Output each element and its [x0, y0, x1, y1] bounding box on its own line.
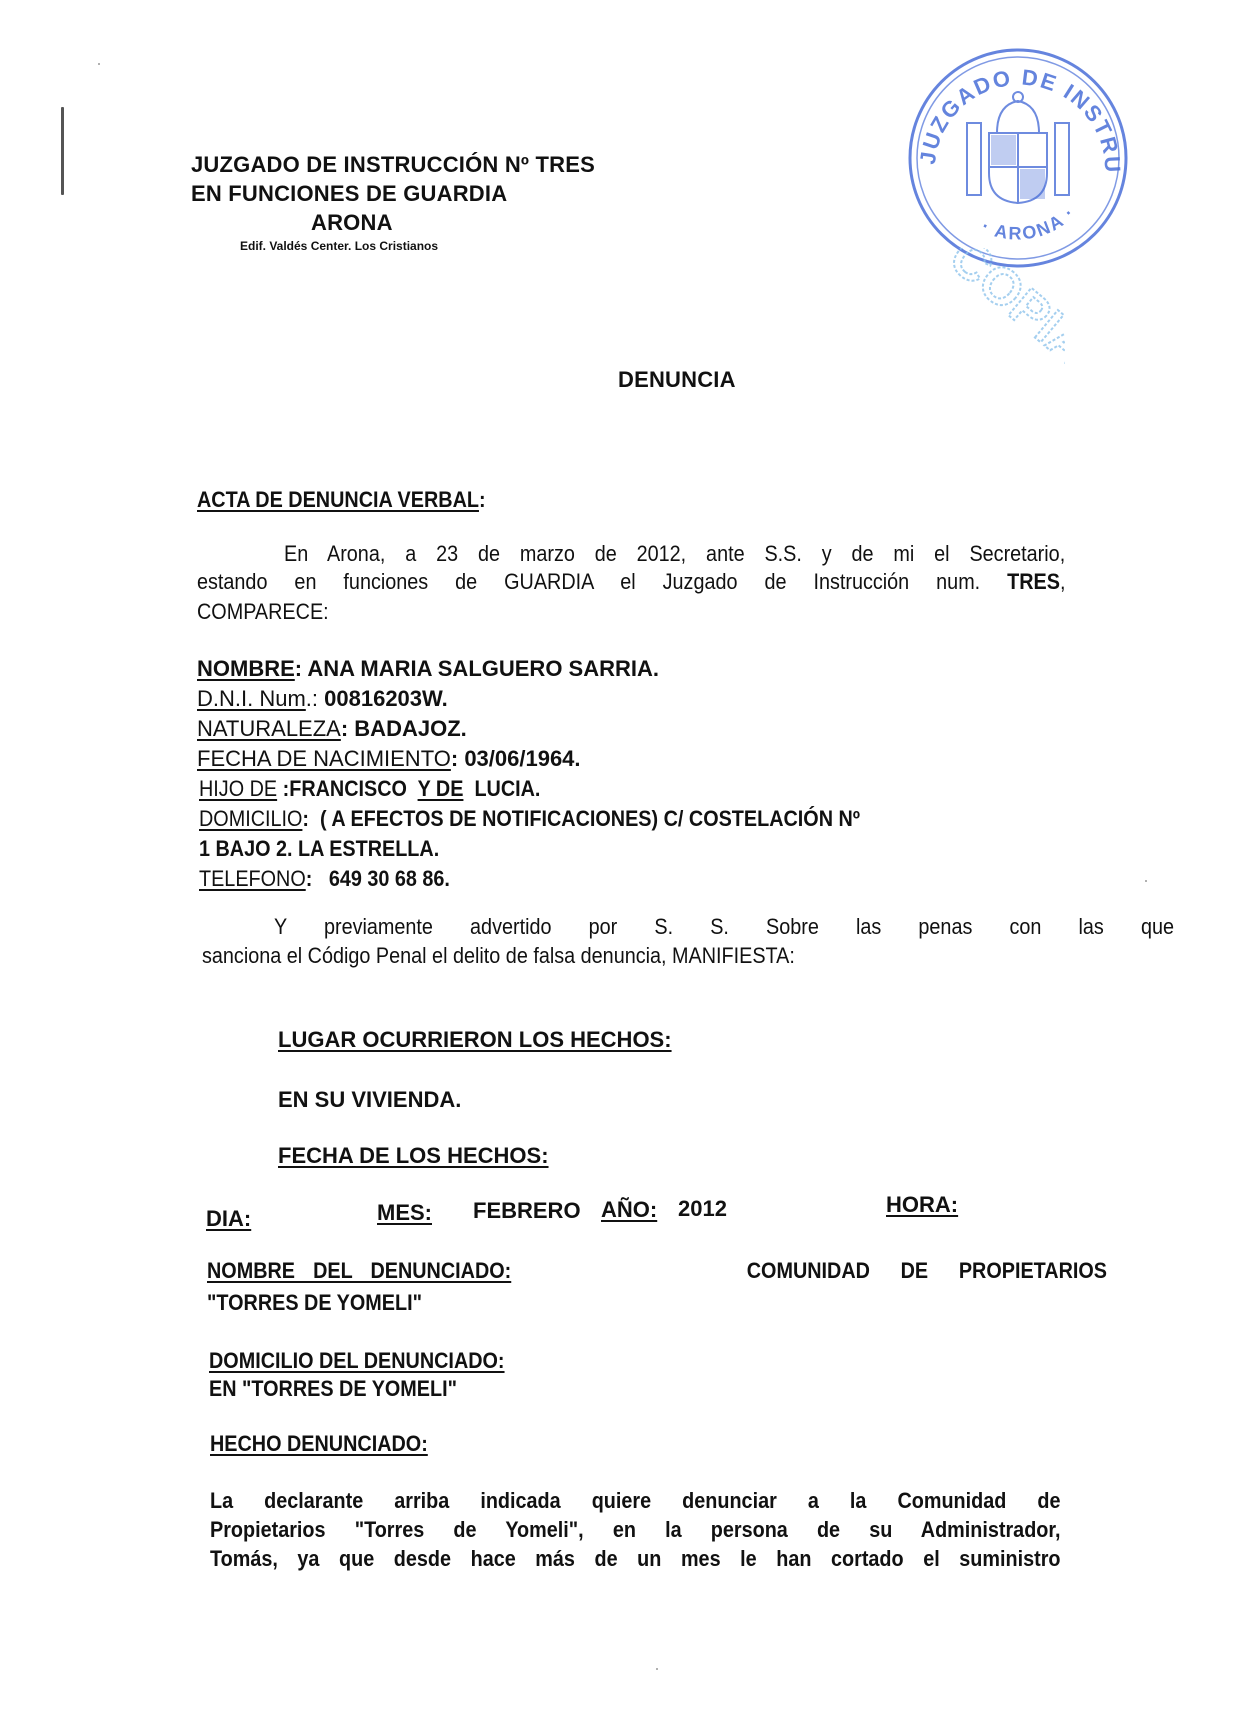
acta-paragraph-line1: En Arona, a 23 de marzo de 2012, ante S.… [284, 541, 1065, 567]
copy-stamp-icon: COPIA [905, 248, 1065, 398]
field-fecha-nacimiento: FECHA DE NACIMIENTO: 03/06/1964. [197, 746, 581, 772]
accused-domicilio-label: DOMICILIO DEL DENUNCIADO: [209, 1348, 505, 1374]
mes-value: FEBRERO [473, 1198, 581, 1224]
lugar-value: EN SU VIVIENDA. [278, 1087, 461, 1113]
hora-label: HORA: [886, 1192, 958, 1218]
court-address: Edif. Valdés Center. Los Cristianos [240, 239, 438, 253]
document-title: DENUNCIA [618, 367, 736, 393]
hecho-line1: La declarante arriba indicada quiere den… [210, 1488, 1061, 1514]
field-dni: D.N.I. Num.: 00816203W. [197, 686, 448, 712]
acta-heading: ACTA DE DENUNCIA VERBAL: [197, 487, 486, 513]
field-nombre: NOMBRE: ANA MARIA SALGUERO SARRIA. [197, 656, 659, 682]
court-function: EN FUNCIONES DE GUARDIA [191, 181, 507, 207]
field-telefono: TELEFONO: 649 30 68 86. [199, 866, 450, 892]
mes-label: MES: [377, 1200, 432, 1226]
field-domicilio: DOMICILIO: ( A EFECTOS DE NOTIFICACIONES… [199, 806, 860, 832]
field-hijo-de: HIJO DE :FRANCISCO Y DE LUCIA. [199, 776, 540, 802]
field-domicilio-line2: 1 BAJO 2. LA ESTRELLA. [199, 836, 439, 862]
stamp-bottom-text: · ARONA · [979, 202, 1080, 243]
warning-line1: Y previamente advertido por S. S. Sobre … [274, 914, 1174, 940]
hecho-line3: Tomás, ya que desde hace más de un mes l… [210, 1546, 1061, 1572]
acta-comparece: COMPARECE: [197, 599, 329, 625]
hecho-line2: Propietarios "Torres de Yomeli", en la p… [210, 1517, 1061, 1543]
scan-speck [1145, 880, 1147, 882]
svg-text:· ARONA ·: · ARONA · [979, 202, 1080, 243]
scan-speck [656, 1668, 658, 1670]
court-name: JUZGADO DE INSTRUCCIÓN Nº TRES [191, 152, 595, 178]
court-city: ARONA [311, 210, 393, 236]
anio-label: AÑO: [601, 1197, 657, 1223]
lugar-heading: LUGAR OCURRIERON LOS HECHOS: [278, 1027, 672, 1053]
accused-domicilio-value: EN "TORRES DE YOMELI" [209, 1376, 457, 1402]
accused-name-line1: NOMBRE DEL DENUNCIADO: COMUNIDAD DE PROP… [207, 1258, 1107, 1284]
warning-line2: sanciona el Código Penal el delito de fa… [202, 943, 795, 969]
fecha-heading: FECHA DE LOS HECHOS: [278, 1143, 549, 1169]
anio-value: 2012 [678, 1196, 727, 1222]
accused-name-line2: "TORRES DE YOMELI" [207, 1290, 422, 1316]
margin-mark [61, 107, 64, 195]
scan-speck [98, 63, 100, 65]
court-seal-stamp-icon: JUZGADO DE INSTRUCCIÓN Nº 3 · ARONA · [905, 45, 1130, 270]
svg-text:COPIA: COPIA [938, 248, 1065, 378]
field-naturaleza: NATURALEZA: BADAJOZ. [197, 716, 467, 742]
hecho-heading: HECHO DENUNCIADO: [210, 1431, 428, 1457]
dia-label: DIA: [206, 1206, 251, 1232]
acta-paragraph-line2: estando en funciones de GUARDIA el Juzga… [197, 569, 1066, 595]
